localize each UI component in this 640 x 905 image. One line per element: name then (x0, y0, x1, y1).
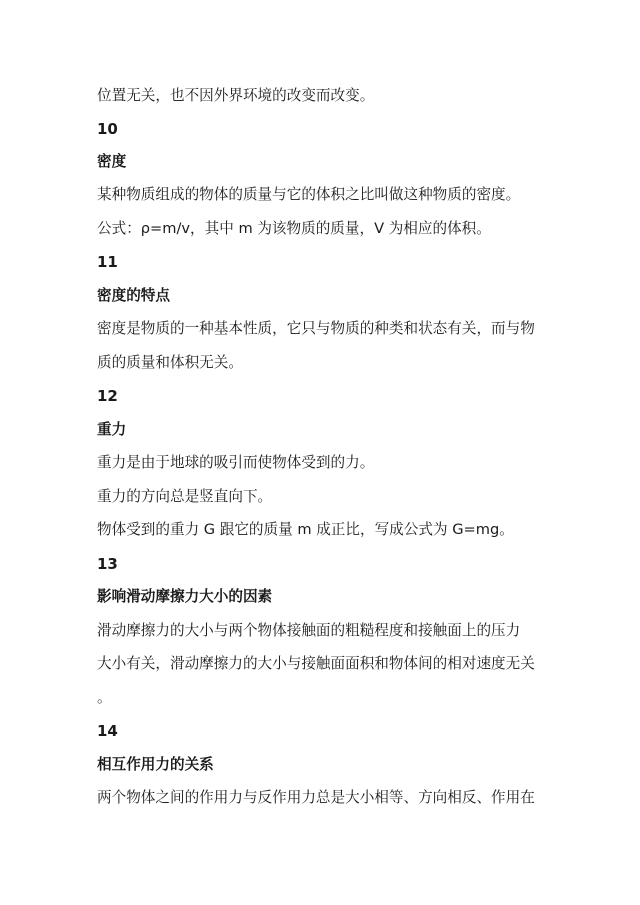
section-heading: 密度 (97, 152, 126, 172)
paragraph-line: 滑动摩擦力的大小与两个物体接触面的粗糙程度和接触面上的压力 (97, 621, 520, 641)
section-number: 12 (97, 386, 118, 406)
paragraph-line: 密度是物质的一种基本性质，它只与物质的种类和状态有关，而与物 (97, 319, 535, 339)
section-heading: 重力 (97, 420, 126, 440)
paragraph-line: 位置无关，也不因外界环境的改变而改变。 (97, 86, 374, 106)
paragraph-line: 重力的方向总是竖直向下。 (97, 487, 272, 507)
paragraph-line: 某种物质组成的物体的质量与它的体积之比叫做这种物质的密度。 (97, 185, 520, 205)
paragraph-line: 。 (97, 688, 112, 708)
section-heading: 影响滑动摩擦力大小的因素 (97, 587, 272, 607)
section-heading: 密度的特点 (97, 286, 170, 306)
section-number: 14 (97, 721, 118, 741)
paragraph-line: 两个物体之间的作用力与反作用力总是大小相等、方向相反、作用在 (97, 788, 535, 808)
paragraph-line: 大小有关，滑动摩擦力的大小与接触面面积和物体间的相对速度无关 (97, 654, 535, 674)
paragraph-line: 公式：ρ=m/v，其中 m 为该物质的质量，V 为相应的体积。 (97, 219, 491, 239)
paragraph-line: 质的质量和体积无关。 (97, 353, 243, 373)
paragraph-line: 物体受到的重力 G 跟它的质量 m 成正比，写成公式为 G=mg。 (97, 520, 514, 540)
section-number: 13 (97, 554, 118, 574)
paragraph-line: 重力是由于地球的吸引而使物体受到的力。 (97, 453, 374, 473)
section-number: 10 (97, 119, 118, 139)
section-number: 11 (97, 252, 118, 272)
section-heading: 相互作用力的关系 (97, 755, 214, 775)
